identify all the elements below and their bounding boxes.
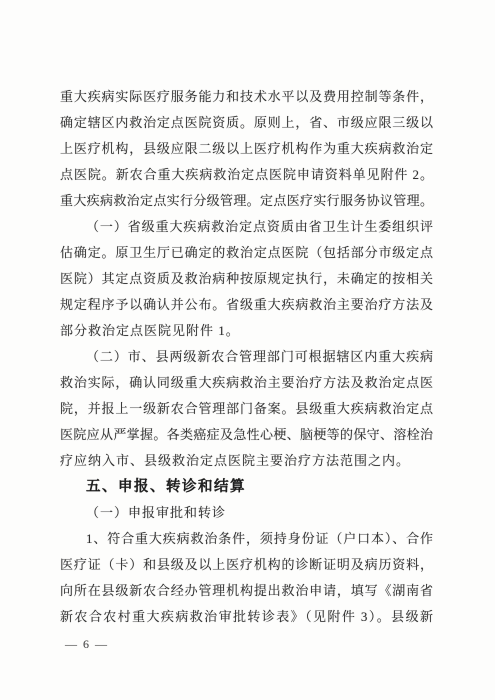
text-line: 院，并报上一级新农合管理部门备案。县级重大疾病救治定点 <box>60 396 433 422</box>
section-heading-line: 五、申报、转诊和结算 <box>60 474 433 500</box>
text-line: 上医疗机构，县级应限二级以上医疗机构作为重大疾病救治定 <box>60 136 433 162</box>
text-line: 向所在县级新农合经办管理机构提出救治申请，填写《湖南省 <box>60 578 433 604</box>
text-line: 疗应纳入市、县级救治定点医院主要治疗方法范围之内。 <box>60 448 433 474</box>
text-line: 医院）其定点资质及救治病种按原规定执行，未确定的按相关 <box>60 266 433 292</box>
text-line: 1、符合重大疾病救治条件，须持身份证（户口本）、合作 <box>60 526 433 552</box>
text-line: 估确定。原卫生厅已确定的救治定点医院（包括部分市级定点 <box>60 240 433 266</box>
text-line: 规定程序予以确认并公布。省级重大疾病救治主要治疗方法及 <box>60 292 433 318</box>
text-line: 重大疾病救治定点实行分级管理。定点医疗实行服务协议管理。 <box>60 188 433 214</box>
text-line: 新农合农村重大疾病救治审批转诊表》（见附件 3）。县级新 <box>60 604 433 630</box>
text-line: （一）申报审批和转诊 <box>60 500 433 526</box>
document-page: 重大疾病实际医疗服务能力和技术水平以及费用控制等条件，确定辖区内救治定点医院资质… <box>0 0 495 700</box>
text-line: 医疗证（卡）和县级及以上医疗机构的诊断证明及病历资料， <box>60 552 433 578</box>
text-line: 确定辖区内救治定点医院资质。原则上，省、市级应限三级以 <box>60 110 433 136</box>
page-number-footer: — 6 — <box>65 636 109 652</box>
text-line: 医院应从严掌握。各类癌症及急性心梗、脑梗等的保守、溶栓治 <box>60 422 433 448</box>
text-block: 重大疾病实际医疗服务能力和技术水平以及费用控制等条件，确定辖区内救治定点医院资质… <box>60 84 433 630</box>
text-line: 点医院。新农合重大疾病救治定点医院申请资料单见附件 2。 <box>60 162 433 188</box>
text-line: （二）市、县两级新农合管理部门可根据辖区内重大疾病 <box>60 344 433 370</box>
text-line: 部分救治定点医院见附件 1。 <box>60 318 433 344</box>
text-line: 救治实际，确认同级重大疾病救治主要治疗方法及救治定点医 <box>60 370 433 396</box>
text-line: 重大疾病实际医疗服务能力和技术水平以及费用控制等条件， <box>60 84 433 110</box>
text-line: （一）省级重大疾病救治定点资质由省卫生计生委组织评 <box>60 214 433 240</box>
